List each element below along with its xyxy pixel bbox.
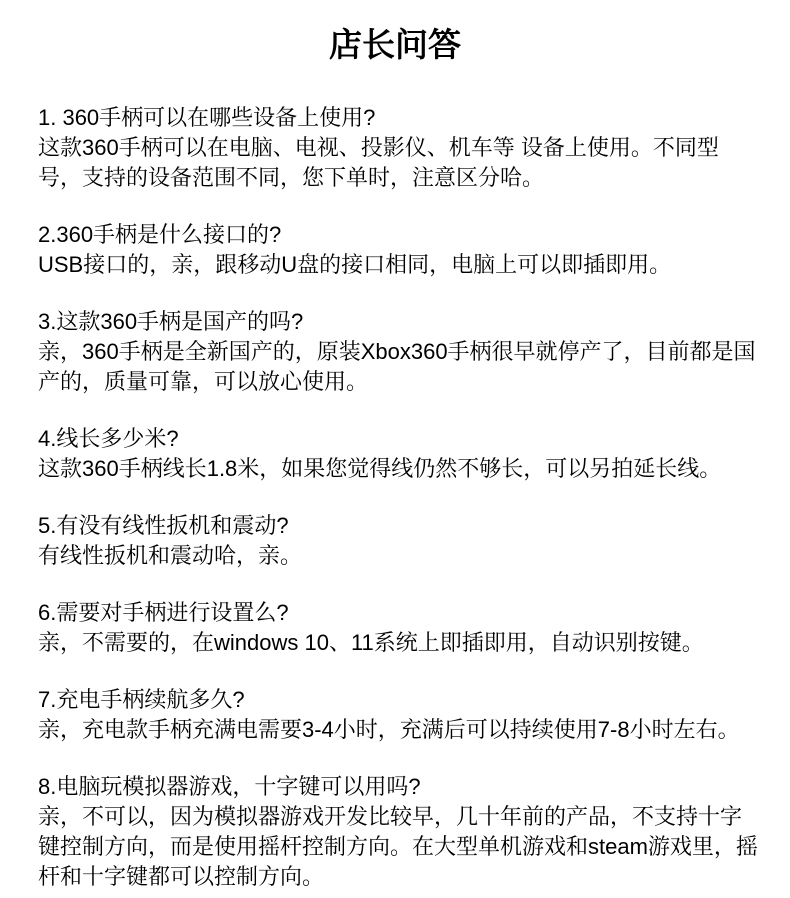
question-text: 2.360手柄是什么接口的? [38,220,762,250]
answer-text: 这款360手柄可以在电脑、电视、投影仪、机车等 设备上使用。不同型号，支持的设备… [38,133,762,193]
question-text: 8.电脑玩模拟器游戏，十字键可以用吗? [38,772,762,802]
answer-text: 亲，充电款手柄充满电需要3-4小时，充满后可以持续使用7-8小时左右。 [38,715,762,745]
answer-text: 这款360手柄线长1.8米，如果您觉得线仍然不够长，可以另拍延长线。 [38,454,762,484]
qa-item: 5.有没有线性扳机和震动? 有线性扳机和震动哈，亲。 [38,511,762,571]
qa-item: 1. 360手柄可以在哪些设备上使用? 这款360手柄可以在电脑、电视、投影仪、… [38,103,762,193]
faq-document: 店长问答 1. 360手柄可以在哪些设备上使用? 这款360手柄可以在电脑、电视… [0,0,790,898]
question-text: 1. 360手柄可以在哪些设备上使用? [38,103,762,133]
answer-text: 有线性扳机和震动哈，亲。 [38,541,762,571]
page-title: 店长问答 [0,0,790,63]
answer-text: 亲，不可以，因为模拟器游戏开发比较早，几十年前的产品，不支持十字键控制方向，而是… [38,802,762,892]
qa-item: 2.360手柄是什么接口的? USB接口的，亲，跟移动U盘的接口相同，电脑上可以… [38,220,762,280]
qa-list: 1. 360手柄可以在哪些设备上使用? 这款360手柄可以在电脑、电视、投影仪、… [0,103,790,892]
question-text: 6.需要对手柄进行设置么? [38,598,762,628]
question-text: 3.这款360手柄是国产的吗? [38,307,762,337]
answer-text: USB接口的，亲，跟移动U盘的接口相同，电脑上可以即插即用。 [38,250,762,280]
answer-text: 亲，不需要的，在windows 10、11系统上即插即用，自动识别按键。 [38,628,762,658]
question-text: 4.线长多少米? [38,424,762,454]
qa-item: 4.线长多少米? 这款360手柄线长1.8米，如果您觉得线仍然不够长，可以另拍延… [38,424,762,484]
question-text: 5.有没有线性扳机和震动? [38,511,762,541]
qa-item: 3.这款360手柄是国产的吗? 亲，360手柄是全新国产的，原装Xbox360手… [38,307,762,397]
question-text: 7.充电手柄续航多久? [38,685,762,715]
answer-text: 亲，360手柄是全新国产的，原装Xbox360手柄很早就停产了，目前都是国产的，… [38,337,762,397]
qa-item: 8.电脑玩模拟器游戏，十字键可以用吗? 亲，不可以，因为模拟器游戏开发比较早，几… [38,772,762,892]
qa-item: 7.充电手柄续航多久? 亲，充电款手柄充满电需要3-4小时，充满后可以持续使用7… [38,685,762,745]
qa-item: 6.需要对手柄进行设置么? 亲，不需要的，在windows 10、11系统上即插… [38,598,762,658]
